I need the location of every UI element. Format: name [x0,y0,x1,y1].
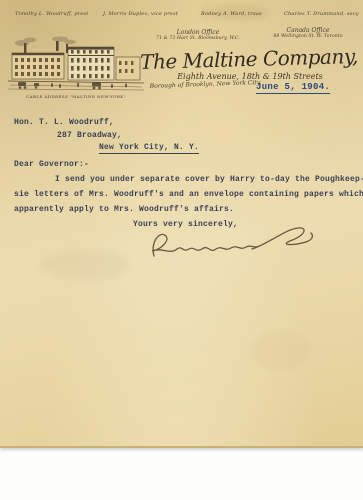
officer-name-president: Timothy L. Woodruff, prest [15,11,89,17]
paper-stain [40,250,130,280]
london-office-title: London Office [148,29,248,36]
cable-address-caption: CABLE ADDRESS "MALTINE NEW-YORK" [8,94,144,99]
recipient-city: New York City, N. Y. [99,143,199,154]
officer-name-treasurer: Rodney A. Ward, treas [201,11,262,17]
letterhead-paper: Timothy L. Woodruff, prest J. Morris Dup… [0,0,363,448]
paper-stain [250,330,310,370]
london-office-block: London Office 71 & 73 Hart St. Bloomsbur… [148,29,248,41]
canada-office-address: 88 Wellington St. W. Toronto [258,34,358,39]
salutation: Dear Governor:- [14,160,89,169]
borough-line2: New York City [216,79,260,88]
canada-office-block: Canada Office 88 Wellington St. W. Toron… [258,27,358,39]
borough-line1: Borough of Brooklyn, [150,81,215,90]
borough-script: Borough of Brooklyn, New York City [146,80,264,91]
scanned-letter: Timothy L. Woodruff, prest J. Morris Dup… [0,0,363,500]
letter-date: June 5, 1904. [256,82,330,94]
factory-engraving-illustration [8,35,144,93]
body-line-3: apparently apply to Mrs. Woodruff's affa… [14,205,234,214]
body-line-1: I send you under separate cover by Harry… [55,175,363,184]
company-name: The Maltine Company, [136,44,363,74]
handwritten-signature [140,222,320,270]
recipient-street: 287 Broadway, [57,131,122,140]
recipient-name: Hon. T. L. Woodruff, [14,118,114,127]
london-office-address: 71 & 73 Hart St. Bloomsbury, W.C. [148,36,248,41]
canada-office-title: Canada Office [258,27,358,34]
body-line-2: sie letters of Mrs. Woodruff's and an en… [14,190,363,199]
officer-name-secretary: Charles T. Drummond, secy [284,11,359,17]
officer-name-vice-president: J. Morris Duplex, vice prest [103,11,178,17]
